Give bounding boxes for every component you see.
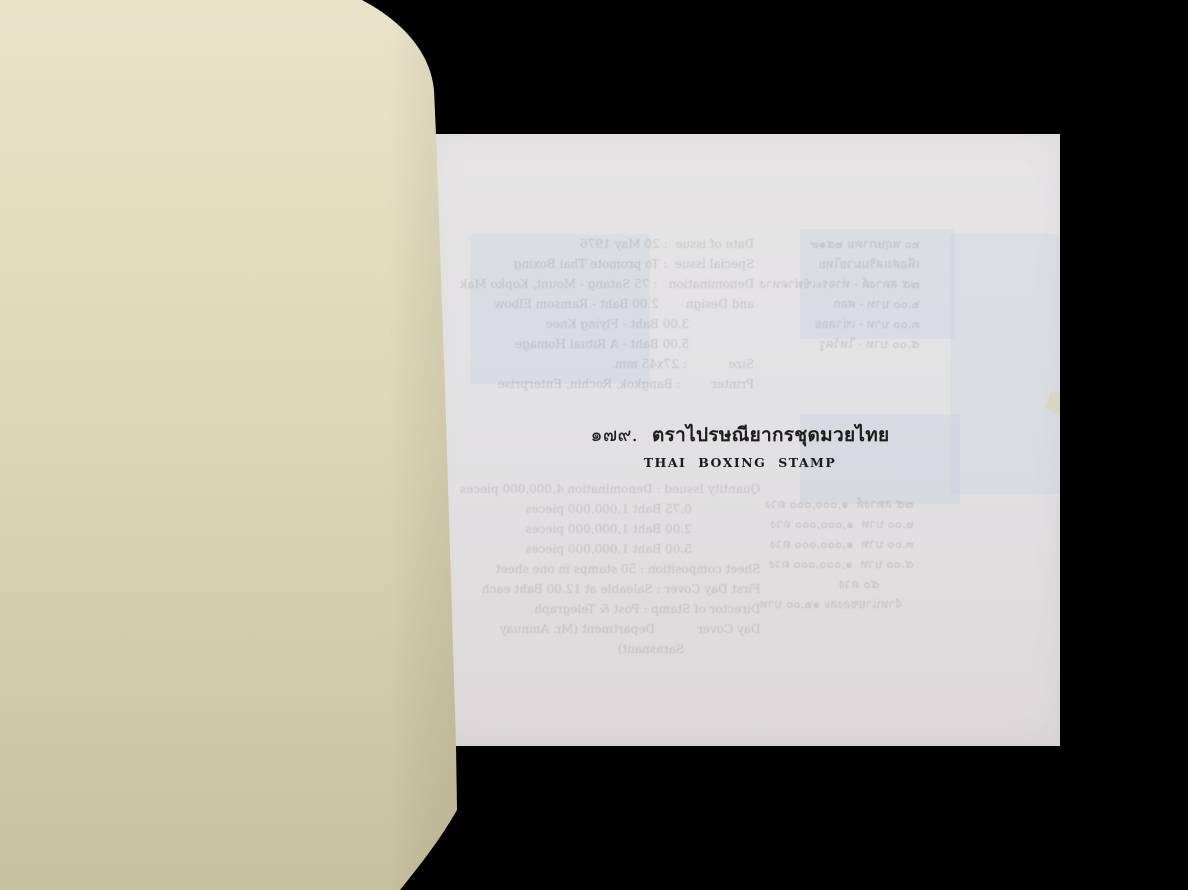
section-number: ๑๗๙. [591,424,639,446]
show-through-text-left-upper: Date of issue : 20 May 1976 Special issu… [460,234,754,394]
left-page [0,0,460,890]
title-thai: ตราไปรษณียากรชุดมวยไทย [652,424,889,446]
show-through-text-right-upper: ๒๐ พฤษภาคม ๒๕๑๙ เพื่อส่งเสริมมวยไทย ๗๕ ส… [760,234,927,354]
show-through-stamp-block-4 [950,234,1060,494]
heading-thai-line: ๑๗๙.ตราไปรษณียากรชุดมวยไทย [580,420,900,450]
title-english: THAI BOXING STAMP [580,453,900,473]
page-heading: ๑๗๙.ตราไปรษณียากรชุดมวยไทย THAI BOXING S… [580,420,900,473]
show-through-text-left-lower: Quantity Issued : Denomination 4,000,000… [460,479,760,659]
book-photo: Date of issue : 20 May 1976 Special issu… [0,0,1188,890]
show-through-text-right-lower: ๗๕ สตางค์ ๑,๐๐๐,๐๐๐ ดวง ๒.๐๐ บาท ๑,๐๐๐,๐… [760,494,914,614]
